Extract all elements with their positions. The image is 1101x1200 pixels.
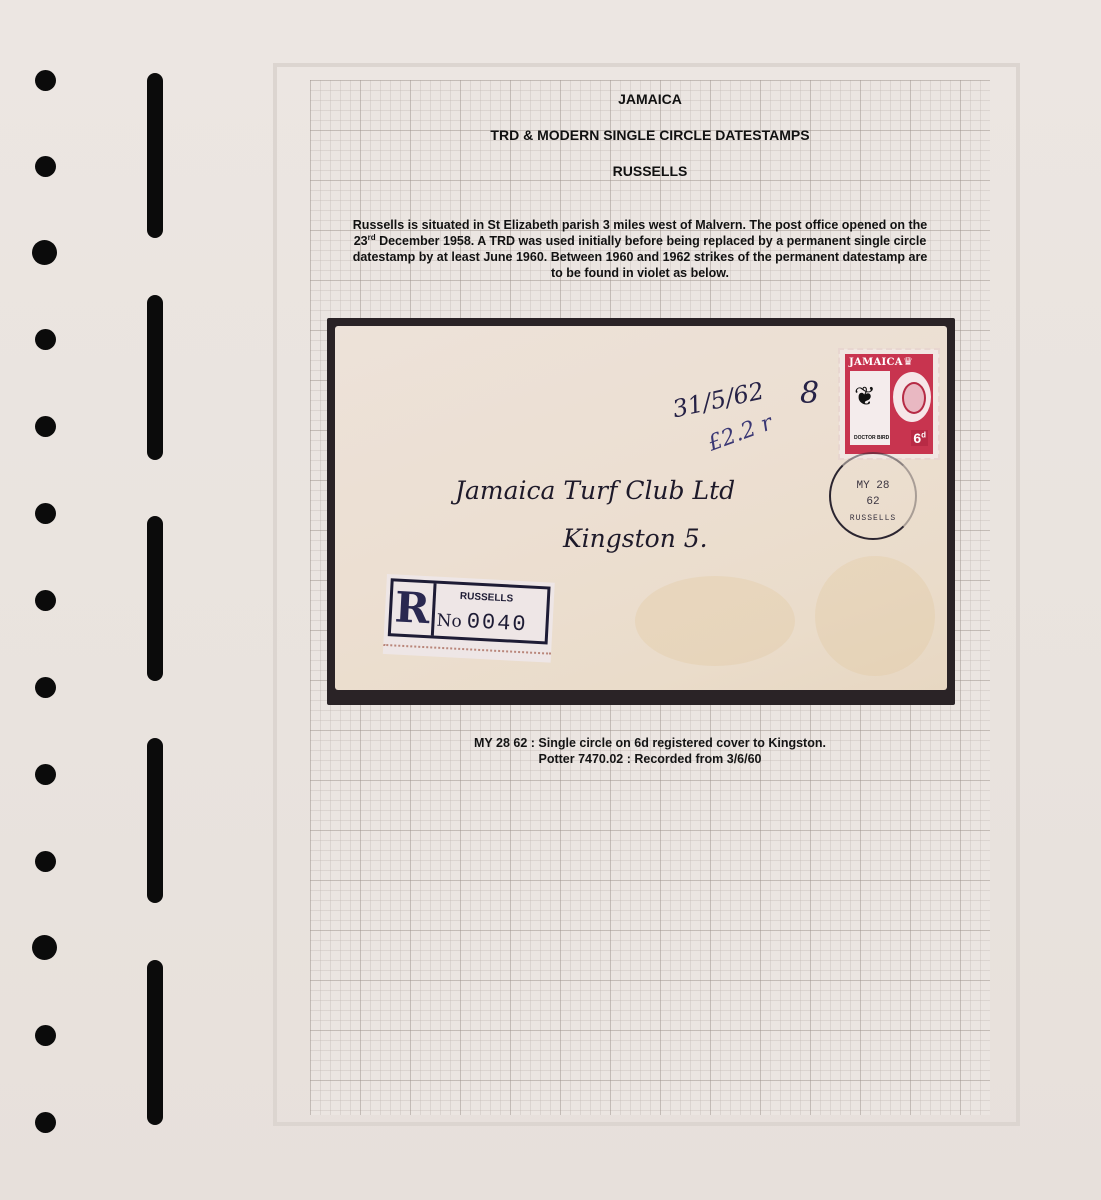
description-line: datestamp by at least June 1960. Between…	[330, 249, 950, 265]
stamp-bird-caption: DOCTOR BIRD	[854, 435, 889, 441]
album-page: JAMAICA TRD & MODERN SINGLE CIRCLE DATES…	[0, 0, 1101, 1200]
postmark-year: 62	[831, 496, 915, 508]
binder-hole	[35, 329, 56, 350]
stamp-design: JAMAICA ♛ ❦ DOCTOR BIRD 6d	[845, 354, 933, 454]
page-title: JAMAICA	[310, 91, 990, 107]
binder-slot	[147, 960, 163, 1125]
description-line: 23rd December 1958. A TRD was used initi…	[330, 233, 950, 249]
crown-icon: ♛	[903, 355, 913, 368]
binder-slot	[147, 73, 163, 238]
stamp-value-suffix: d	[921, 430, 926, 439]
description-day-suffix: rd	[368, 233, 376, 242]
description-paragraph: Russells is situated in St Elizabeth par…	[330, 217, 950, 281]
postmark-date: MY 28	[831, 480, 915, 492]
caption-line-1: MY 28 62 : Single circle on 6d registere…	[310, 735, 990, 751]
registration-number-value: 0040	[466, 609, 528, 637]
binder-hole	[35, 590, 56, 611]
registration-number-prefix: No	[436, 611, 462, 632]
registration-label-border: R RUSSELLS No 0040	[388, 578, 551, 644]
registration-details: RUSSELLS No 0040	[434, 584, 548, 642]
postmark-town: RUSSELLS	[831, 514, 915, 523]
binder-hole	[35, 1112, 56, 1133]
stamp-portrait	[891, 370, 933, 424]
address-line-1: Jamaica Turf Club Ltd	[455, 476, 735, 505]
cover-caption: MY 28 62 : Single circle on 6d registere…	[310, 735, 990, 767]
page-place-heading: RUSSELLS	[310, 163, 990, 179]
binder-hole	[32, 935, 57, 960]
bird-icon: ❦	[854, 381, 876, 412]
registration-number: No 0040	[436, 608, 528, 638]
description-line: to be found in violet as below.	[330, 265, 950, 281]
binder-hole	[35, 416, 56, 437]
registration-letter: R	[391, 581, 437, 635]
binder-slot	[147, 738, 163, 903]
address-line-2: Kingston 5.	[563, 524, 708, 553]
binder-hole	[35, 70, 56, 91]
stamp-country: JAMAICA	[849, 357, 903, 368]
description-line-rest: December 1958. A TRD was used initially …	[376, 234, 927, 248]
binder-hole	[35, 851, 56, 872]
postmark: MY 28 62 RUSSELLS	[829, 452, 917, 540]
registration-label: R RUSSELLS No 0040	[383, 574, 555, 663]
binder-slot	[147, 516, 163, 681]
registration-perforation	[383, 644, 551, 655]
page-subtitle: TRD & MODERN SINGLE CIRCLE DATESTAMPS	[310, 127, 990, 143]
stamp-value-number: 6	[913, 430, 921, 446]
cover-stain	[635, 576, 795, 666]
binder-hole	[35, 503, 56, 524]
caption-line-2: Potter 7470.02 : Recorded from 3/6/60	[310, 751, 990, 767]
registered-cover: JAMAICA ♛ ❦ DOCTOR BIRD 6d MY 28 62 RUSS…	[335, 326, 947, 690]
postage-stamp: JAMAICA ♛ ❦ DOCTOR BIRD 6d	[839, 349, 939, 459]
binder-hole	[35, 156, 56, 177]
description-line: Russells is situated in St Elizabeth par…	[330, 217, 950, 233]
handwritten-mark: 8	[800, 376, 819, 411]
binder-hole	[35, 764, 56, 785]
binder-slot	[147, 295, 163, 460]
handwritten-charge: £2.2 r	[705, 410, 776, 456]
queen-portrait-icon	[902, 382, 926, 414]
binder-hole	[35, 677, 56, 698]
binder-hole	[35, 1025, 56, 1046]
description-day: 23	[354, 234, 368, 248]
cover-stain	[815, 556, 935, 676]
registration-town: RUSSELLS	[460, 591, 514, 605]
binder-hole	[32, 240, 57, 265]
stamp-value: 6d	[911, 430, 928, 446]
stamp-bird-panel: ❦ DOCTOR BIRD	[850, 371, 890, 445]
